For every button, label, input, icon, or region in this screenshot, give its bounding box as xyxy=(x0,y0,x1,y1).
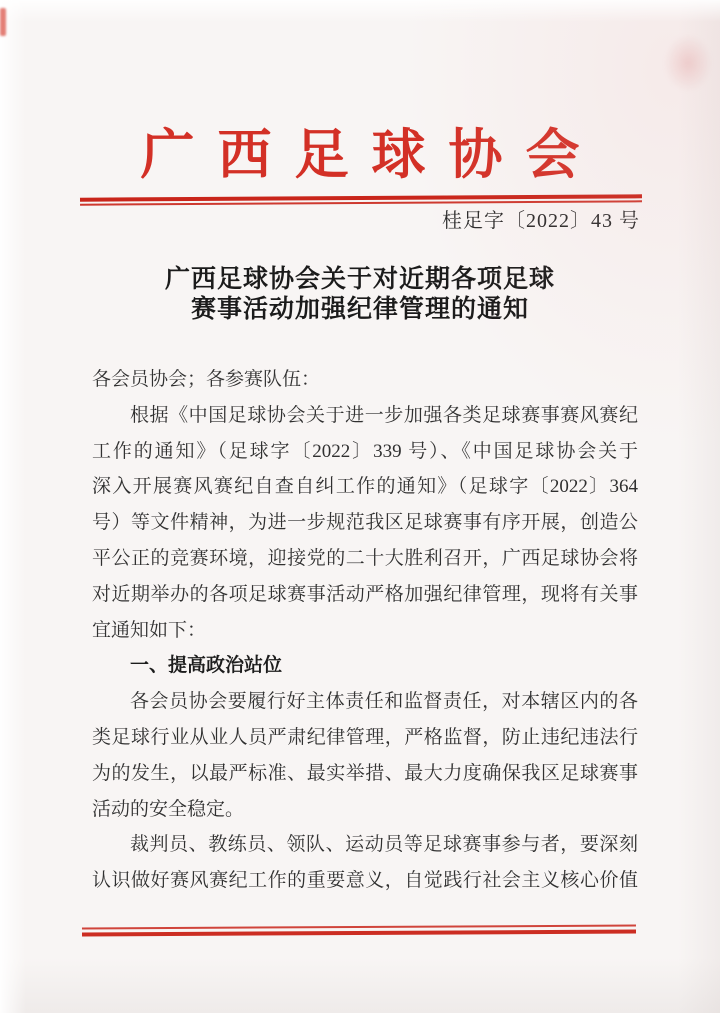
salutation-line: 各会员协会；各参赛队伍： xyxy=(92,362,638,398)
body-line: 裁判员、教练员、领队、运动员等足球赛事参与者，要深刻 xyxy=(92,827,638,863)
body-line: 类足球行业从业人员严肃纪律管理，严格监督，防止违纪违法行 xyxy=(92,720,638,756)
body-line: 号）等文件精神，为进一步规范我区足球赛事有序开展，创造公 xyxy=(92,505,638,541)
header-red-rule xyxy=(80,194,642,205)
scan-artifact-red-mark xyxy=(0,8,6,36)
body-line: 为的发生，以最严标准、最实举措、最大力度确保我区足球赛事 xyxy=(92,756,638,792)
body-line: 根据《中国足球协会关于进一步加强各类足球赛事赛风赛纪 xyxy=(92,398,638,434)
footer-red-rule xyxy=(82,925,636,937)
body-line: 各会员协会要履行好主体责任和监督责任，对本辖区内的各 xyxy=(92,684,638,720)
body-line: 活动的安全稳定。 xyxy=(92,792,638,828)
section-heading: 一、提高政治站位 xyxy=(92,648,638,684)
body-line: 宜通知如下： xyxy=(92,613,638,649)
scan-artifact-pink-smudge xyxy=(664,34,712,92)
body-line: 工作的通知》（足球字〔2022〕339 号）、《中国足球协会关于 xyxy=(92,434,638,470)
body-line: 对近期举办的各项足球赛事活动严格加强纪律管理，现将有关事 xyxy=(92,577,638,613)
body-line: 深入开展赛风赛纪自查自纠工作的通知》（足球字〔2022〕364 xyxy=(92,469,638,505)
body-line: 平公正的竞赛环境，迎接党的二十大胜利召开，广西足球协会将 xyxy=(92,541,638,577)
body-line: 认识做好赛风赛纪工作的重要意义，自觉践行社会主义核心价值 xyxy=(92,863,638,899)
notice-title-line-2: 赛事活动加强纪律管理的通知 xyxy=(0,295,720,325)
org-name-heading: 广西足球协会 xyxy=(0,122,720,188)
notice-title: 广西足球协会关于对近期各项足球 赛事活动加强纪律管理的通知 xyxy=(0,265,720,325)
scanned-notice-page: 广西足球协会 桂足字〔2022〕43 号 广西足球协会关于对近期各项足球 赛事活… xyxy=(0,0,720,1013)
document-number: 桂足字〔2022〕43 号 xyxy=(442,208,640,234)
notice-body: 各会员协会；各参赛队伍： 根据《中国足球协会关于进一步加强各类足球赛事赛风赛纪 … xyxy=(92,362,638,899)
notice-title-line-1: 广西足球协会关于对近期各项足球 xyxy=(0,265,720,295)
